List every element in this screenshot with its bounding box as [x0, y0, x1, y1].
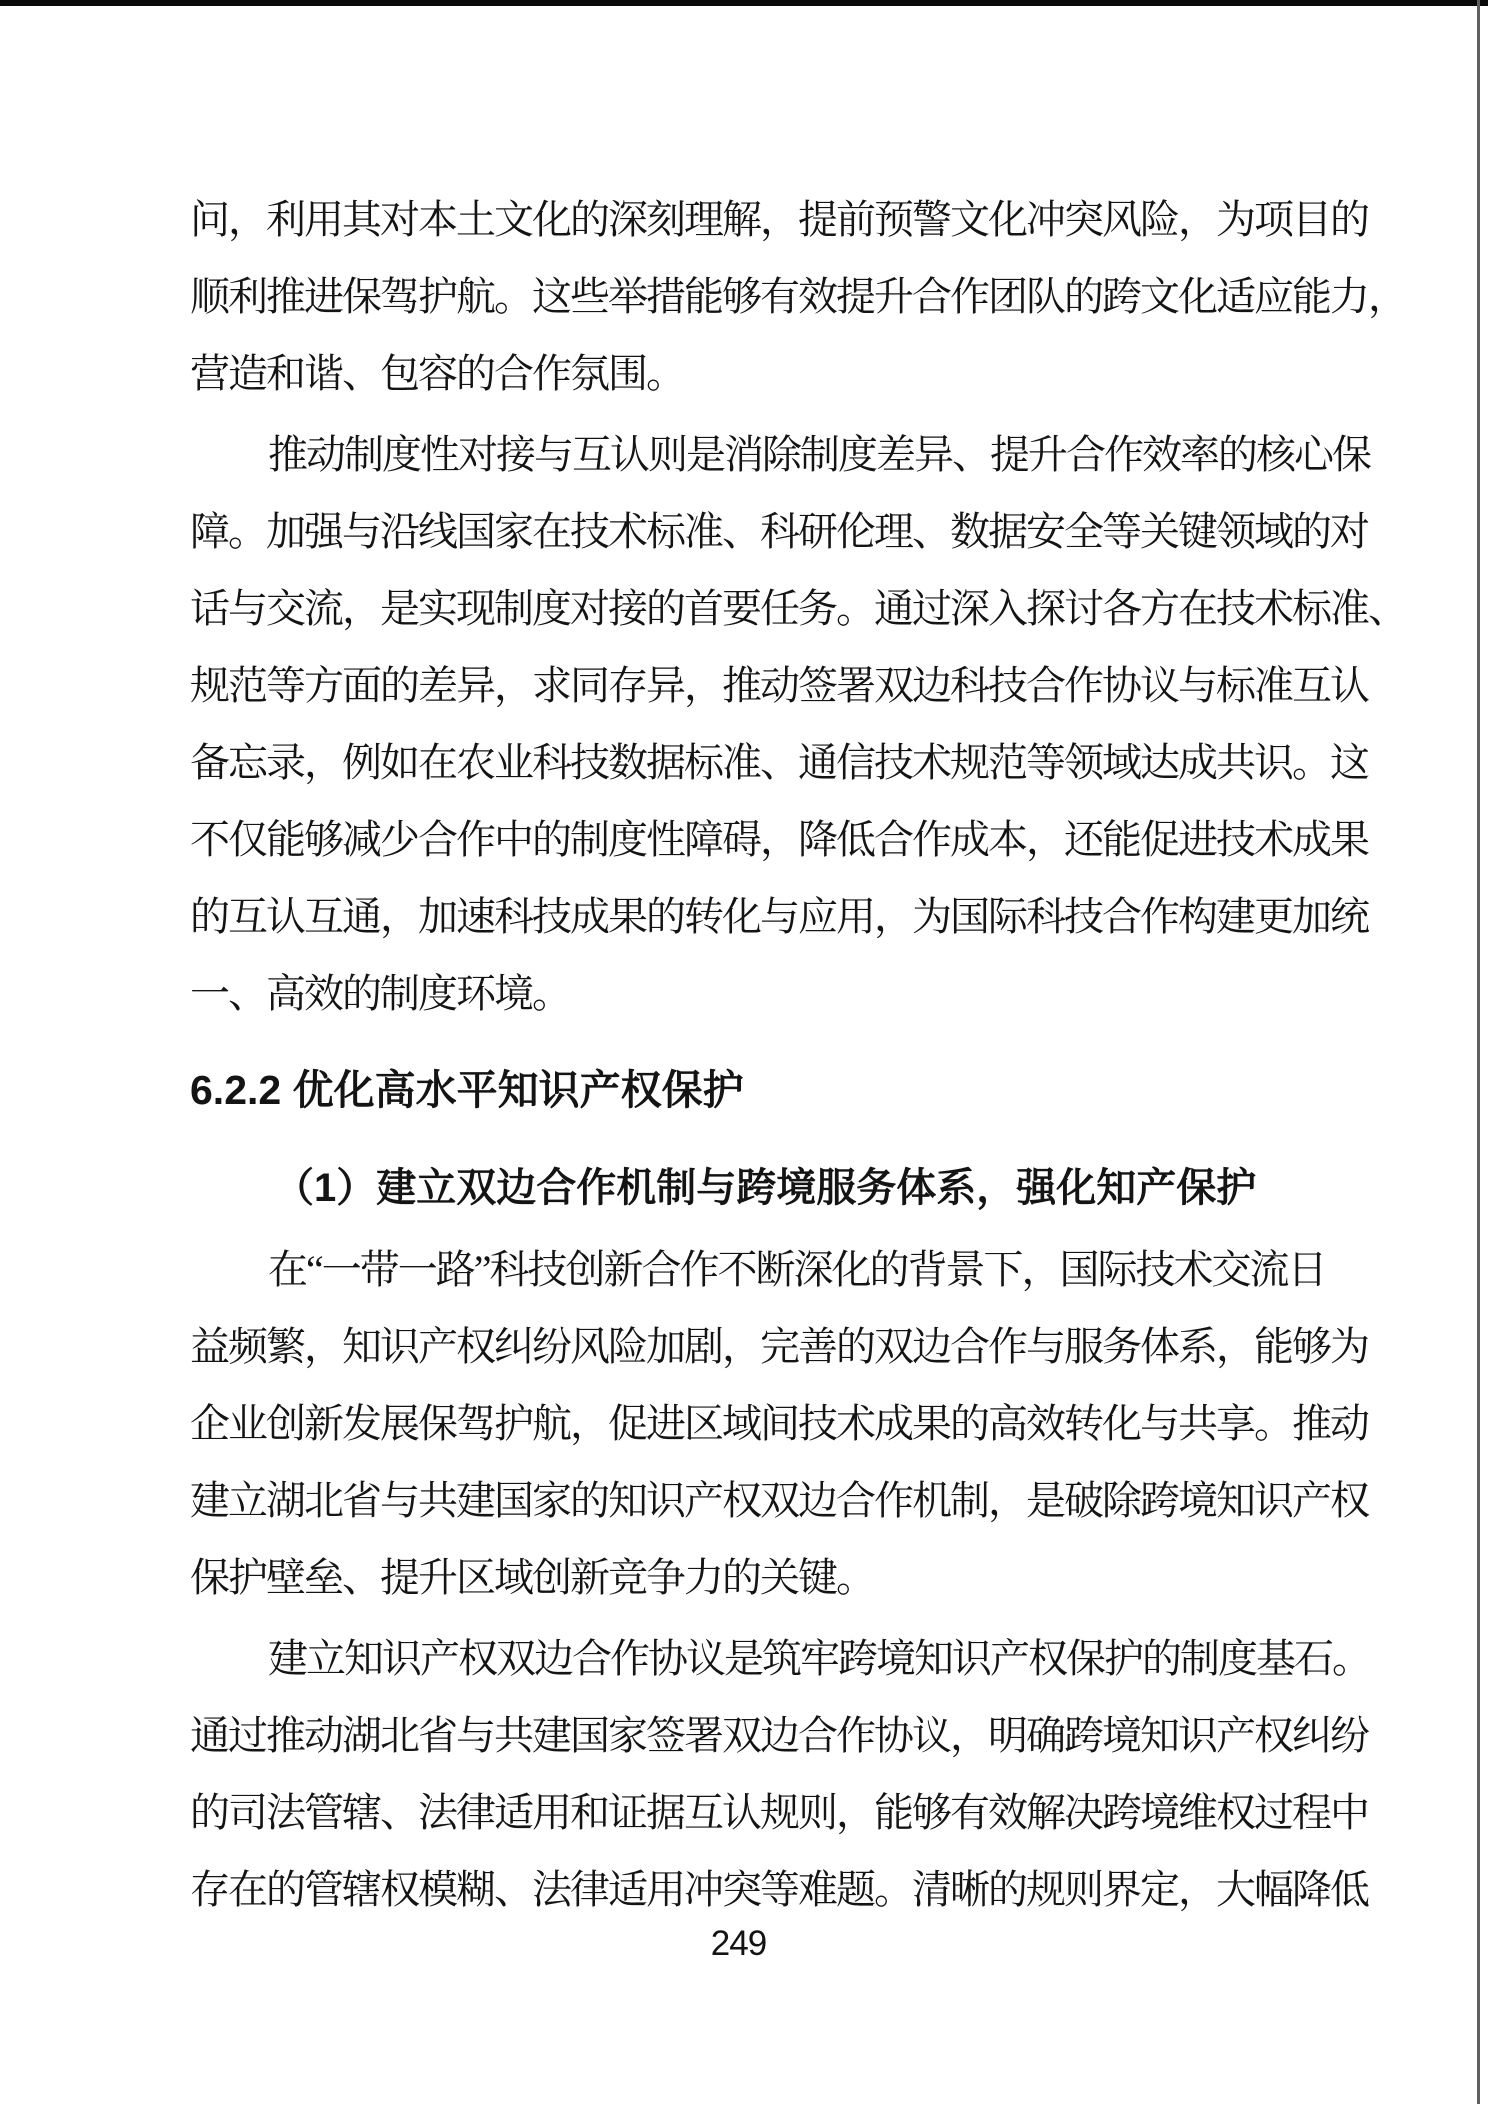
text-line: 规范等方面的差异，求同存异，推动签署双边科技合作协议与标准互认 — [190, 647, 1355, 724]
page-footer: 249 — [0, 1922, 1477, 1966]
paragraph: 建立知识产权双边合作协议是筑牢跨境知识产权保护的制度基石。通过推动湖北省与共建国… — [190, 1620, 1355, 1928]
text-line: 营造和谐、包容的合作氛围。 — [190, 335, 1355, 412]
text-line: （1）建立双边合作机制与跨境服务体系，强化知产保护 — [190, 1150, 1355, 1227]
text-line: 通过推动湖北省与共建国家签署双边合作协议，明确跨境知识产权纠纷 — [190, 1697, 1355, 1774]
text-line: 的司法管辖、法律适用和证据互认规则，能够有效解决跨境维权过程中 — [190, 1774, 1355, 1851]
text-line: 顺利推进保驾护航。这些举措能够有效提升合作团队的跨文化适应能力， — [190, 258, 1355, 335]
text-line: 益频繁，知识产权纠纷风险加剧，完善的双边合作与服务体系，能够为 — [190, 1308, 1355, 1385]
text-line: 存在的管辖权模糊、法律适用冲突等难题。清晰的规则界定，大幅降低 — [190, 1851, 1355, 1928]
section-heading: 6.2.2 优化高水平知识产权保护 — [190, 1052, 1355, 1129]
paragraph-continuation: 问，利用其对本土文化的深刻理解，提前预警文化冲突风险，为项目的顺利推进保驾护航。… — [190, 181, 1355, 412]
text-line: 问，利用其对本土文化的深刻理解，提前预警文化冲突风险，为项目的 — [190, 181, 1355, 258]
text-line: 备忘录，例如在农业科技数据标准、通信技术规范等领域达成共识。这 — [190, 724, 1355, 801]
text-line: 建立知识产权双边合作协议是筑牢跨境知识产权保护的制度基石。 — [190, 1620, 1355, 1697]
text-line: 企业创新发展保驾护航，促进区域间技术成果的高效转化与共享。推动 — [190, 1385, 1355, 1462]
paragraph: 推动制度性对接与互认则是消除制度差异、提升合作效率的核心保障。加强与沿线国家在技… — [190, 416, 1355, 1032]
text-line: 障。加强与沿线国家在技术标准、科研伦理、数据安全等关键领域的对 — [190, 493, 1355, 570]
text-line: 保护壁垒、提升区域创新竞争力的关键。 — [190, 1539, 1355, 1616]
text-line: 推动制度性对接与互认则是消除制度差异、提升合作效率的核心保 — [190, 416, 1355, 493]
page-number: 249 — [711, 1924, 766, 1963]
page-top-border — [0, 0, 1488, 6]
text-line: 不仅能够减少合作中的制度性障碍，降低合作成本，还能促进技术成果 — [190, 801, 1355, 878]
text-line: 在“一带一路”科技创新合作不断深化的背景下，国际技术交流日 — [190, 1231, 1355, 1308]
text-line: 话与交流，是实现制度对接的首要任务。通过深入探讨各方在技术标准、 — [190, 570, 1355, 647]
page-right-border — [1477, 0, 1480, 2104]
text-line: 的互认互通，加速科技成果的转化与应用，为国际科技合作构建更加统 — [190, 878, 1355, 955]
text-line: 建立湖北省与共建国家的知识产权双边合作机制，是破除跨境知识产权 — [190, 1462, 1355, 1539]
subsection-heading: （1）建立双边合作机制与跨境服务体系，强化知产保护 — [190, 1150, 1355, 1227]
document-page-content: 问，利用其对本土文化的深刻理解，提前预警文化冲突风险，为项目的顺利推进保驾护航。… — [190, 181, 1355, 1928]
text-line: 一、高效的制度环境。 — [190, 955, 1355, 1032]
paragraph: 在“一带一路”科技创新合作不断深化的背景下，国际技术交流日益频繁，知识产权纠纷风… — [190, 1231, 1355, 1616]
text-line: 6.2.2 优化高水平知识产权保护 — [190, 1052, 1355, 1129]
